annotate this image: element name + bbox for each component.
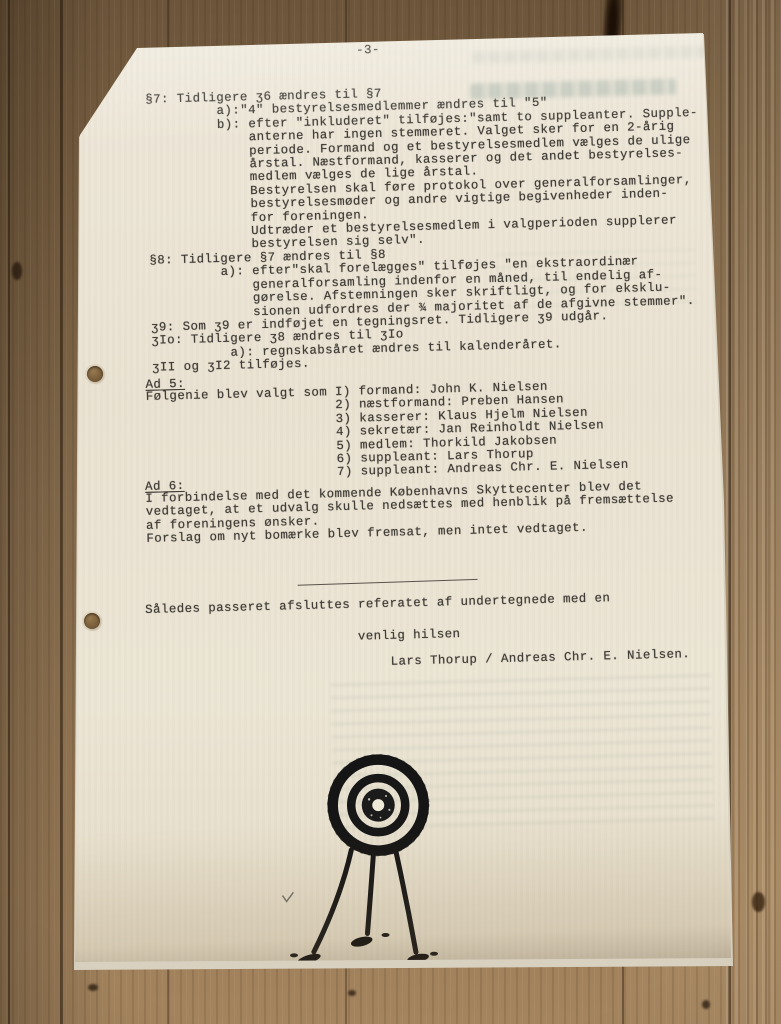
photo-vignette: [0, 0, 781, 1024]
photo-of-typewritten-minutes-page: -3- §7: Tidligere ʒ6 ændres til §7 a):"4…: [0, 0, 781, 1024]
